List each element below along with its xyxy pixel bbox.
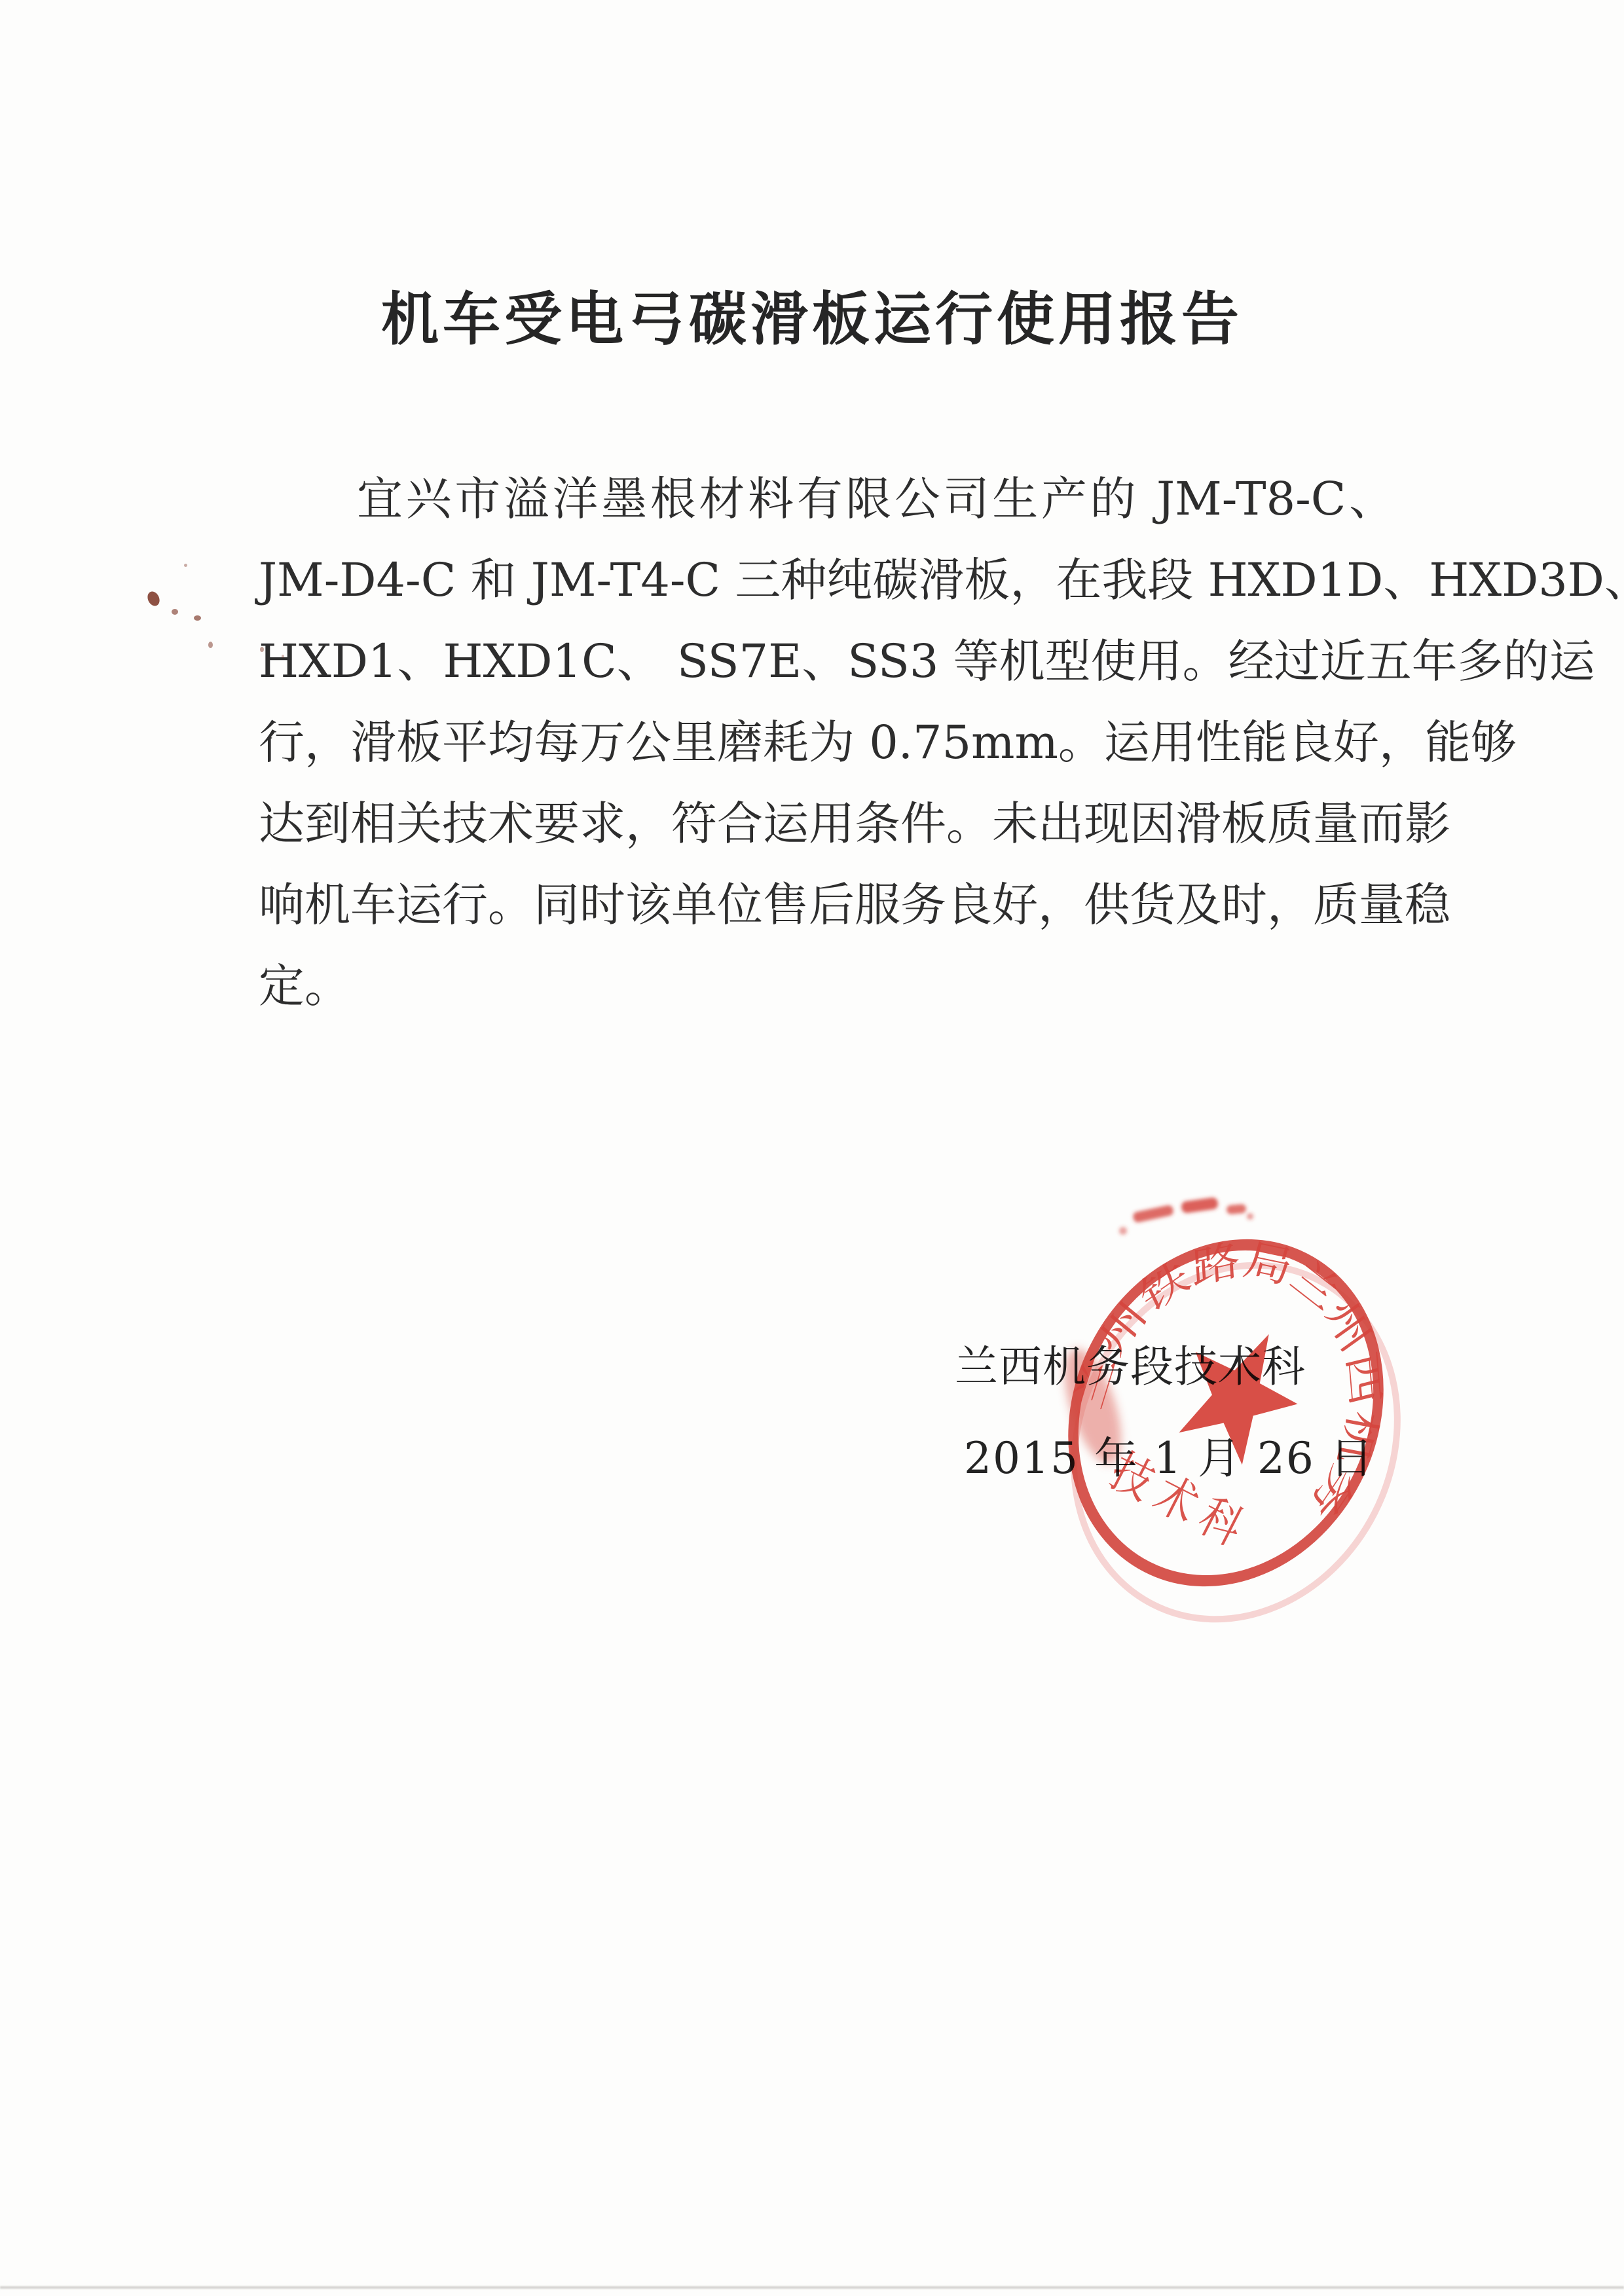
ink-speck (194, 615, 201, 621)
body-line: HXD1、HXD1C、 SS7E、SS3 等机型使用。经过近五年多的运 (259, 621, 1395, 702)
ink-speck (260, 647, 264, 652)
ink-speck (282, 655, 284, 658)
body-line: JM-D4-C 和 JM-T4-C 三种纯碳滑板，在我段 HXD1D、HXD3D… (259, 539, 1395, 621)
seal-smudge-marks (1119, 1197, 1253, 1235)
official-seal-stamp: 兰州铁路局兰州西机务段 技术科 (1020, 1171, 1432, 1649)
ink-speck (172, 609, 178, 615)
body-line: 行，滑板平均每万公里磨耗为 0.75mm。运用性能良好，能够 (259, 702, 1395, 783)
red-star-icon (1160, 1308, 1320, 1474)
seal-center-text: 技术科 (1101, 1442, 1260, 1559)
scan-bottom-edge (0, 2286, 1624, 2289)
ink-speck (145, 589, 162, 608)
document-title: 机车受电弓碳滑板运行使用报告 (0, 283, 1624, 356)
report-body: 宜兴市溢洋墨根材料有限公司生产的 JM-T8-C、 JM-D4-C 和 JM-T… (259, 458, 1395, 1027)
body-line: 响机车运行。同时该单位售后服务良好，供货及时，质量稳 (259, 864, 1395, 945)
ink-speck (184, 564, 187, 567)
ink-speck (208, 642, 213, 648)
body-line: 定。 (259, 945, 1395, 1027)
seal-svg: 兰州铁路局兰州西机务段 技术科 (1020, 1171, 1432, 1649)
scanned-report-page: 机车受电弓碳滑板运行使用报告 宜兴市溢洋墨根材料有限公司生产的 JM-T8-C、… (0, 0, 1624, 2296)
body-line: 达到相关技术要求，符合运用条件。未出现因滑板质量而影 (259, 783, 1395, 864)
body-line: 宜兴市溢洋墨根材料有限公司生产的 JM-T8-C、 (259, 458, 1395, 539)
